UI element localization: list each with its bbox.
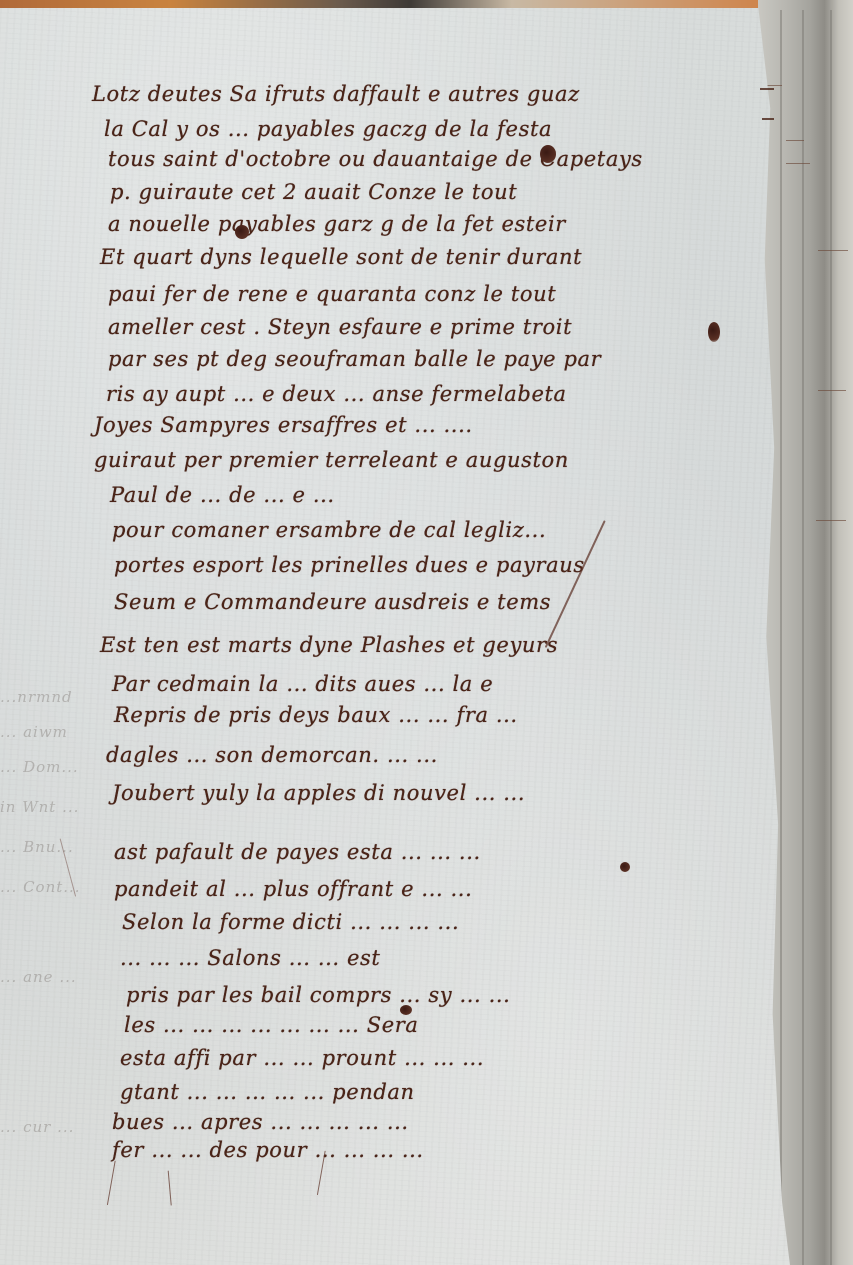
text-line: gtant ... ... ... ... ... pendan bbox=[120, 1080, 415, 1104]
text-line: pris par les bail comprs ... sy ... ... bbox=[126, 983, 510, 1007]
text-line: bues ... apres ... ... ... ... ... bbox=[112, 1110, 409, 1134]
text-line: Lotz deutes Sa ifruts daffault e autres … bbox=[92, 82, 580, 106]
text-line: les ... ... ... ... ... ... ... Sera bbox=[124, 1013, 418, 1037]
margin-stroke bbox=[818, 250, 848, 251]
handwritten-text: Lotz deutes Sa ifruts daffault e autres … bbox=[0, 0, 790, 1265]
manuscript-photo: ...nrmnd ... aiwm ... Dom... in Wnt ... … bbox=[0, 0, 853, 1265]
text-line: pandeit al ... plus offrant e ... ... bbox=[114, 877, 472, 901]
text-line: par ses pt deg seouframan balle le paye … bbox=[108, 347, 601, 371]
text-line: ast pafault de payes esta ... ... ... bbox=[114, 840, 481, 864]
ink-stroke bbox=[107, 1161, 116, 1206]
text-line: Et quart dyns lequelle sont de tenir dur… bbox=[100, 245, 582, 269]
text-line: portes esport les prinelles dues e payra… bbox=[114, 553, 585, 577]
text-line: Seum e Commandeure ausdreis e tems bbox=[114, 590, 551, 614]
ink-blot bbox=[235, 225, 249, 239]
text-line: p. guiraute cet 2 auait Conze le tout bbox=[110, 180, 517, 204]
text-line: guiraut per premier terreleant e augusto… bbox=[94, 448, 569, 472]
text-line: paui fer de rene e quaranta conz le tout bbox=[108, 282, 556, 306]
margin-tick bbox=[760, 88, 774, 90]
text-line: a nouelle payables garz g de la fet este… bbox=[108, 212, 566, 236]
text-line: pour comaner ersambre de cal legliz... bbox=[112, 518, 546, 542]
text-line: Paul de ... de ... e ... bbox=[110, 483, 335, 507]
text-line: Selon la forme dicti ... ... ... ... bbox=[122, 910, 459, 934]
text-line: ris ay aupt ... e deux ... anse fermelab… bbox=[106, 382, 567, 406]
ink-stroke bbox=[545, 520, 606, 648]
text-line: tous saint d'octobre ou dauantaige de Ca… bbox=[108, 147, 643, 171]
text-line: Par cedmain la ... dits aues ... la e bbox=[112, 672, 493, 696]
ink-blot bbox=[708, 322, 720, 342]
ink-blot bbox=[620, 862, 630, 872]
text-line: Joyes Sampyres ersaffres et ... .... bbox=[94, 413, 473, 437]
text-line: fer ... ... des pour ... ... ... ... bbox=[112, 1138, 424, 1162]
margin-tick bbox=[762, 118, 774, 120]
text-line: dagles ... son demorcan. ... ... bbox=[106, 743, 438, 767]
ink-blot bbox=[400, 1005, 412, 1015]
text-line: ... ... ... Salons ... ... est bbox=[120, 946, 380, 970]
text-line: Joubert yuly la apples di nouvel ... ... bbox=[112, 781, 525, 805]
ink-stroke bbox=[167, 1171, 171, 1206]
ink-stroke bbox=[59, 838, 76, 896]
text-line: Repris de pris deys baux ... ... fra ... bbox=[114, 703, 518, 727]
text-line: la Cal y os ... payables gaczg de la fes… bbox=[104, 117, 552, 141]
ink-blot bbox=[540, 145, 556, 163]
fold-line bbox=[802, 10, 804, 1265]
text-line: Est ten est marts dyne Plashes et geyurs bbox=[100, 633, 558, 657]
text-line: ameller cest . Steyn esfaure e prime tro… bbox=[108, 315, 572, 339]
fold-line bbox=[830, 10, 832, 1265]
text-line: esta affi par ... ... prount ... ... ... bbox=[120, 1046, 484, 1070]
margin-stroke bbox=[816, 520, 846, 521]
margin-stroke bbox=[818, 390, 846, 391]
